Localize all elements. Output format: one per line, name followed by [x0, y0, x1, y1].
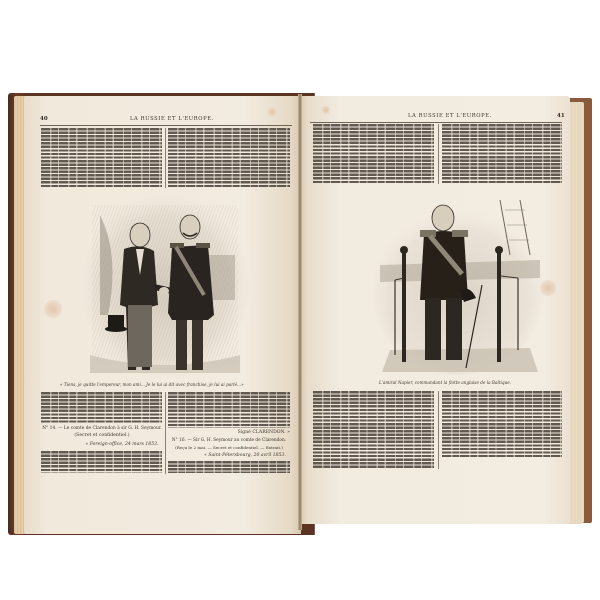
foxing-stain	[268, 108, 276, 116]
right-top-column-1	[313, 124, 434, 184]
admiral-caption: L'amiral Napier, commandant la flotte an…	[370, 380, 520, 385]
left-head-rule	[40, 125, 292, 126]
left-section-heading-2: N° 16. — Sir G. H. Seymour au comte de C…	[168, 438, 290, 443]
left-section-subheading: (Secret et confidentiel.)	[40, 433, 164, 438]
right-page-number: 41	[557, 113, 565, 119]
left-bottom-column-rule	[165, 392, 166, 474]
book-photograph: 40 LA RUSSIE ET L'EUROPE. LA RUSSIE ET L…	[0, 0, 600, 600]
admiral-engraving	[370, 190, 545, 375]
left-bottom-column-1a	[41, 392, 162, 424]
left-bottom-column-1b	[41, 451, 162, 473]
right-head-rule	[310, 122, 562, 123]
right-top-column-rule	[438, 124, 439, 184]
right-running-head: LA RUSSIE ET L'EUROPE.	[408, 113, 492, 119]
left-bottom-column-2a	[168, 392, 290, 428]
right-bottom-column-rule	[438, 391, 439, 469]
handshake-caption: « Tiens, je quitte l'empereur, mon ami..…	[60, 382, 240, 387]
left-bottom-column-2b	[168, 461, 290, 473]
foxing-stain	[44, 300, 62, 318]
foxing-stain	[540, 280, 556, 296]
handshake-engraving	[80, 195, 250, 380]
left-top-column-2	[168, 128, 290, 188]
right-bottom-column-1	[313, 391, 434, 469]
left-page-number: 40	[40, 116, 48, 122]
left-dateline: « Foreign-office, 24 mars 1853.	[80, 442, 164, 447]
right-bottom-column-2	[442, 391, 562, 458]
left-top-column-rule	[165, 128, 166, 188]
left-dateline-2: « Saint-Pétersbourg, 20 avril 1853.	[200, 453, 290, 458]
book-gutter	[298, 94, 302, 530]
left-running-head: LA RUSSIE ET L'EUROPE.	[130, 116, 214, 122]
right-top-column-2	[442, 124, 562, 184]
left-section-heading: N° 14. — Le comte de Clarendon à sir G. …	[40, 426, 164, 431]
foxing-stain	[322, 106, 330, 114]
left-top-column-1	[41, 128, 162, 188]
left-section-subheading-2: (Reçu le 2 mai. — Secret et confidentiel…	[168, 445, 290, 450]
left-signature: Signé CLARENDON. »	[230, 430, 290, 435]
